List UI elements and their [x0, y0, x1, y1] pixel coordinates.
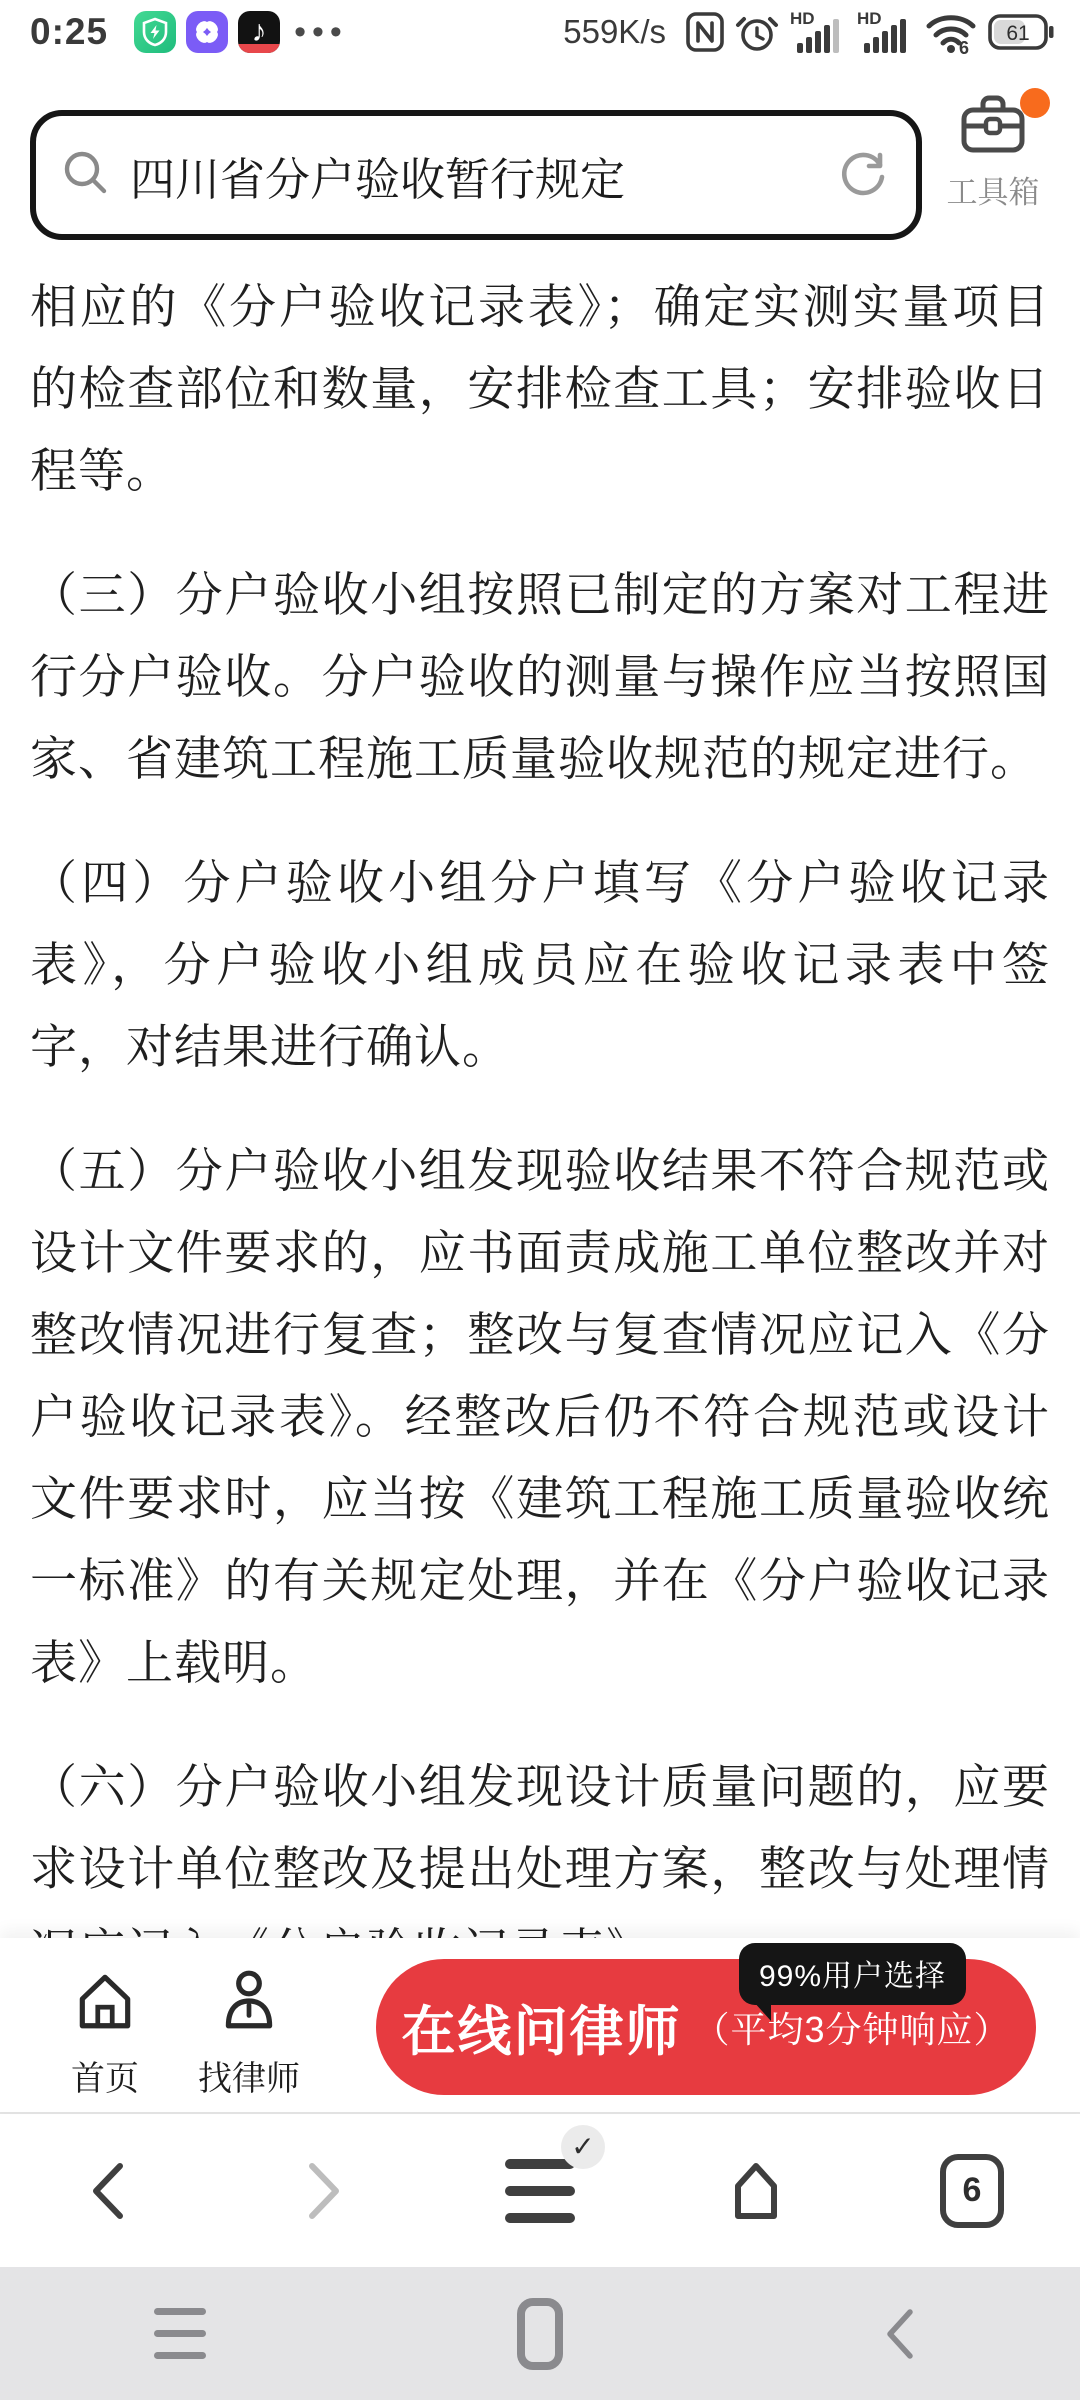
system-back-button[interactable] [720, 2306, 1080, 2362]
svg-text:6: 6 [959, 38, 969, 54]
security-app-icon [134, 11, 176, 53]
paragraph: 相应的《分户验收记录表》；确定实测实量项目的检查部位和数量，安排检查工具；安排验… [30, 266, 1050, 512]
browser-menu-button[interactable]: ✓ [432, 2159, 648, 2223]
browser-home-button[interactable] [648, 2158, 864, 2224]
notification-dot [1020, 88, 1050, 118]
browser-forward-button[interactable] [216, 2158, 432, 2224]
signal-hd-icon-2: HD [856, 9, 914, 55]
system-recents-button[interactable] [0, 2308, 360, 2359]
search-header: 四川省分户验收暂行规定 工具箱 [0, 64, 1080, 250]
clock-time: 0:25 [30, 11, 108, 53]
toolbox-icon [958, 92, 1028, 161]
paragraph: （四）分户验收小组分户填写《分户验收记录表》，分户验收小组成员应在验收记录表中签… [30, 842, 1050, 1088]
refresh-icon[interactable] [838, 147, 890, 204]
tab-count: 6 [940, 2154, 1004, 2228]
signal-hd-icon-1: HD [789, 9, 847, 55]
battery-icon: 61 [988, 14, 1054, 50]
svg-text:HD: HD [857, 9, 882, 28]
menu-icon [505, 2159, 575, 2223]
svg-text:HD: HD [790, 9, 815, 28]
wifi6-icon: 6 [923, 10, 979, 54]
status-bar: 0:25 ♪ ••• 559K/s HD [0, 0, 1080, 64]
home-label: 首页 [71, 2051, 139, 2100]
search-query-text[interactable]: 四川省分户验收暂行规定 [130, 143, 838, 208]
battery-percent: 61 [1006, 22, 1029, 45]
system-nav-bar [0, 2267, 1080, 2400]
search-bar[interactable]: 四川省分户验收暂行规定 [30, 110, 922, 240]
browser-back-button[interactable] [0, 2158, 216, 2224]
tiktok-app-icon: ♪ [238, 11, 280, 53]
users-choice-badge: 99%用户选择 [739, 1943, 966, 2005]
check-badge-icon: ✓ [561, 2125, 605, 2169]
find-lawyer-button[interactable]: 找律师 [184, 1968, 314, 2100]
status-overflow-dots: ••• [294, 13, 348, 52]
lawyer-person-icon [216, 1968, 282, 2039]
home-icon [72, 1968, 138, 2039]
cta-sub-label: （平均3分钟响应） [693, 2002, 1010, 2053]
find-lawyer-label: 找律师 [198, 2051, 300, 2100]
search-icon [60, 147, 112, 204]
paragraph: （五）分户验收小组发现验收结果不符合规范或设计文件要求的，应书面责成施工单位整改… [30, 1130, 1050, 1704]
browser-home-icon [726, 2158, 786, 2224]
forward-chevron-icon [300, 2158, 348, 2224]
network-speed: 559K/s [563, 13, 666, 51]
article-body: 相应的《分户验收记录表》；确定实测实量项目的检查部位和数量，安排检查工具；安排验… [0, 250, 1080, 1938]
toolbox-label: 工具箱 [947, 167, 1040, 212]
home-button[interactable]: 首页 [40, 1968, 170, 2100]
ask-lawyer-online-button[interactable]: 在线问律师 （平均3分钟响应） 99%用户选择 [376, 1959, 1036, 2095]
browser-nav-bar: ✓ 6 [0, 2112, 1080, 2267]
clover-app-icon [186, 11, 228, 53]
paragraph: （三）分户验收小组按照已制定的方案对工程进行分户验收。分户验收的测量与操作应当按… [30, 554, 1050, 800]
alarm-clock-icon [734, 10, 780, 54]
recents-icon [154, 2308, 206, 2359]
system-home-icon [517, 2298, 563, 2370]
system-back-icon [880, 2306, 920, 2362]
browser-tabs-button[interactable]: 6 [864, 2154, 1080, 2228]
phone-screen: 0:25 ♪ ••• 559K/s HD [0, 0, 1080, 2400]
paragraph: （六）分户验收小组发现设计质量问题的，应要求设计单位整改及提出处理方案，整改与处… [30, 1746, 1050, 1938]
back-chevron-icon [84, 2158, 132, 2224]
toolbox-button[interactable]: 工具箱 [922, 92, 1064, 212]
bottom-action-bar: 首页 找律师 在线问律师 （平均3分钟响应） 99%用户选择 [0, 1938, 1080, 2112]
cta-main-label: 在线问律师 [401, 1989, 681, 2066]
nfc-icon [685, 10, 725, 54]
system-home-button[interactable] [360, 2298, 720, 2370]
